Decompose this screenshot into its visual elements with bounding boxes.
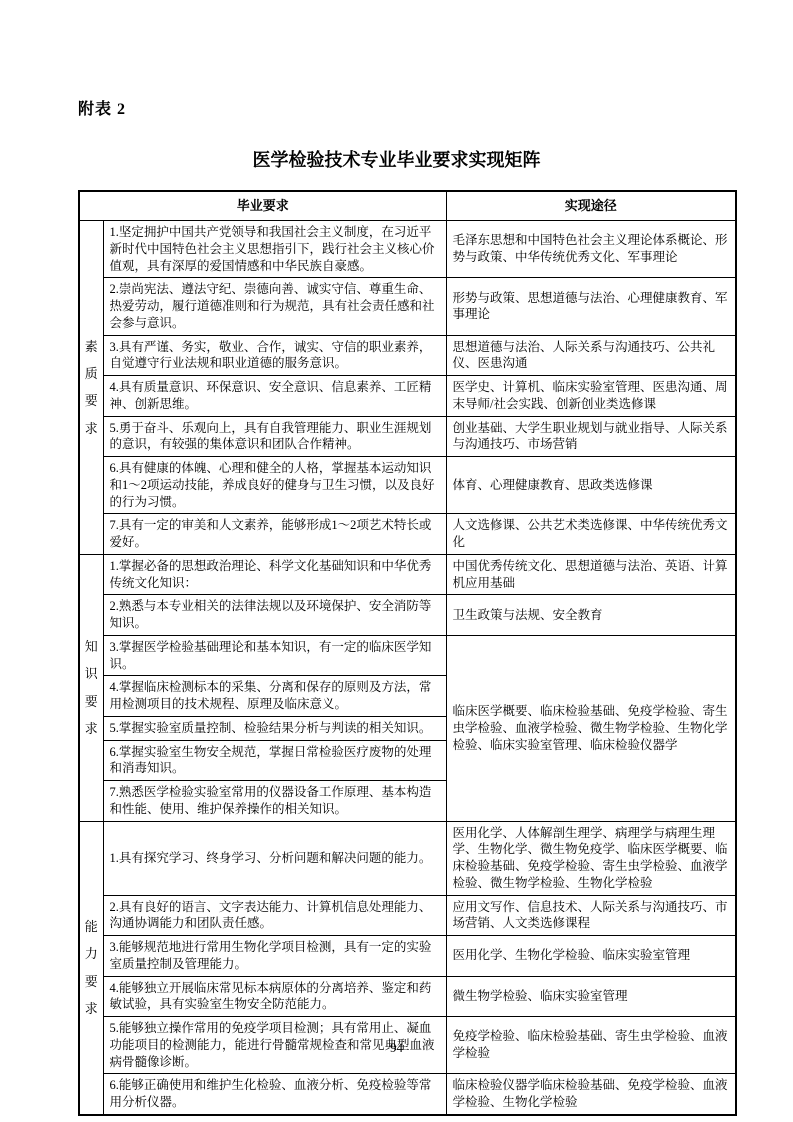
table-row: 2.具有良好的语言、文字表达能力、计算机信息处理能力、沟通协调能力和团队责任感。…	[79, 895, 736, 936]
table-row: 2.崇尚宪法、遵法守纪、崇德向善、诚实守信、尊重生命、热爱劳动，履行道德准则和行…	[79, 278, 736, 335]
table-row: 7.具有一定的审美和人文素养，能够形成1～2项艺术特长或爱好。 人文选修课、公共…	[79, 514, 736, 555]
requirement-cell: 7.熟悉医学检验实验室常用的仪器设备工作原理、基本构造和性能、使用、维护保养操作…	[103, 781, 446, 822]
section-label-ability: 能力要求	[79, 821, 103, 1115]
approach-cell-merged: 临床医学概要、临床检验基础、免疫学检验、寄生虫学检验、血液学检验、微生物学检验、…	[446, 635, 736, 821]
page-title: 医学检验技术专业毕业要求实现矩阵	[0, 146, 793, 172]
section-label-text: 能力要求	[84, 913, 98, 1022]
table-row: 3.掌握医学检验基础理论和基本知识，有一定的临床医学知识。 临床医学概要、临床检…	[79, 635, 736, 676]
approach-cell: 医用化学、人体解剖生理学、病理学与病理生理学、生物化学、微生物免疫学、临床医学概…	[446, 821, 736, 895]
requirement-cell: 3.能够规范地进行常用生物化学项目检测，具有一定的实验室质量控制及管理能力。	[103, 936, 446, 977]
table-row: 3.能够规范地进行常用生物化学项目检测，具有一定的实验室质量控制及管理能力。 医…	[79, 936, 736, 977]
requirement-cell: 6.具有健康的体魄、心理和健全的人格，掌握基本运动知识和1～2项运动技能，养成良…	[103, 457, 446, 514]
table-row: 4.具有质量意识、环保意识、安全意识、信息素养、工匠精神、创新思维。 医学史、计…	[79, 376, 736, 417]
section-label-text: 素质要求	[84, 333, 98, 442]
requirement-cell: 5.掌握实验室质量控制、检验结果分析与判读的相关知识。	[103, 716, 446, 740]
requirement-cell: 6.掌握实验室生物安全规范，掌握日常检验医疗废物的处理和消毒知识。	[103, 740, 446, 781]
approach-cell: 微生物学检验、临床实验室管理	[446, 976, 736, 1017]
table-row: 3.具有严谨、务实，敬业、合作，诚实、守信的职业素养，自觉遵守行业法规和职业道德…	[79, 335, 736, 376]
table-row: 6.具有健康的体魄、心理和健全的人格，掌握基本运动知识和1～2项运动技能，养成良…	[79, 457, 736, 514]
approach-cell: 人文选修课、公共艺术类选修课、中华传统优秀文化	[446, 514, 736, 555]
appendix-label: 附表 2	[78, 96, 126, 119]
approach-cell: 中国优秀传统文化、思想道德与法治、英语、计算机应用基础	[446, 554, 736, 595]
approach-cell: 卫生政策与法规、安全教育	[446, 595, 736, 636]
approach-cell: 临床检验仪器学临床检验基础、免疫学检验、血液学检验、生物化学检验	[446, 1074, 736, 1115]
requirements-matrix-table: 毕业要求 实现途径 素质要求 1.坚定拥护中国共产党领导和我国社会主义制度，在习…	[78, 190, 737, 1116]
requirement-cell: 3.具有严谨、务实，敬业、合作，诚实、守信的职业素养，自觉遵守行业法规和职业道德…	[103, 335, 446, 376]
section-label-knowledge: 知识要求	[79, 554, 103, 821]
requirement-cell: 6.能够正确使用和维护生化检验、血液分析、免疫检验等常用分析仪器。	[103, 1074, 446, 1115]
requirement-cell: 1.坚定拥护中国共产党领导和我国社会主义制度，在习近平新时代中国特色社会主义思想…	[103, 221, 446, 278]
table-row: 素质要求 1.坚定拥护中国共产党领导和我国社会主义制度，在习近平新时代中国特色社…	[79, 221, 736, 278]
requirement-cell: 4.掌握临床检测标本的采集、分离和保存的原则及方法，常用检测项目的技术规程、原理…	[103, 676, 446, 717]
table-row: 4.能够独立开展临床常见标本病原体的分离培养、鉴定和药敏试验，具有实验室生物安全…	[79, 976, 736, 1017]
requirement-cell: 2.熟悉与本专业相关的法律法规以及环境保护、安全消防等知识。	[103, 595, 446, 636]
requirement-cell: 3.掌握医学检验基础理论和基本知识，有一定的临床医学知识。	[103, 635, 446, 676]
requirement-cell: 4.能够独立开展临床常见标本病原体的分离培养、鉴定和药敏试验，具有实验室生物安全…	[103, 976, 446, 1017]
table-row: 6.能够正确使用和维护生化检验、血液分析、免疫检验等常用分析仪器。 临床检验仪器…	[79, 1074, 736, 1115]
approach-cell: 应用文写作、信息技术、人际关系与沟通技巧、市场营销、人文类选修课程	[446, 895, 736, 936]
document-page: 附表 2 医学检验技术专业毕业要求实现矩阵 毕业要求 实现途径 素质要求 1.坚…	[0, 0, 793, 1122]
table-row: 知识要求 1.掌握必备的思想政治理论、科学文化基础知识和中华优秀传统文化知识： …	[79, 554, 736, 595]
page-number: 94	[0, 1040, 793, 1056]
table-row: 2.熟悉与本专业相关的法律法规以及环境保护、安全消防等知识。 卫生政策与法规、安…	[79, 595, 736, 636]
section-label-text: 知识要求	[84, 633, 98, 742]
approach-cell: 医用化学、生物化学检验、临床实验室管理	[446, 936, 736, 977]
requirement-cell: 2.具有良好的语言、文字表达能力、计算机信息处理能力、沟通协调能力和团队责任感。	[103, 895, 446, 936]
header-implementation-approaches: 实现途径	[446, 191, 736, 221]
requirement-cell: 7.具有一定的审美和人文素养，能够形成1～2项艺术特长或爱好。	[103, 514, 446, 555]
approach-cell: 体育、心理健康教育、思政类选修课	[446, 457, 736, 514]
approach-cell: 医学史、计算机、临床实验室管理、医患沟通、周末导师/社会实践、创新创业类选修课	[446, 376, 736, 417]
requirement-cell: 4.具有质量意识、环保意识、安全意识、信息素养、工匠精神、创新思维。	[103, 376, 446, 417]
approach-cell: 毛泽东思想和中国特色社会主义理论体系概论、形势与政策、中华传统优秀文化、军事理论	[446, 221, 736, 278]
requirement-cell: 1.掌握必备的思想政治理论、科学文化基础知识和中华优秀传统文化知识：	[103, 554, 446, 595]
approach-cell: 形势与政策、思想道德与法治、心理健康教育、军事理论	[446, 278, 736, 335]
approach-cell: 创业基础、大学生职业规划与就业指导、人际关系与沟通技巧、市场营销	[446, 416, 736, 457]
requirement-cell: 2.崇尚宪法、遵法守纪、崇德向善、诚实守信、尊重生命、热爱劳动，履行道德准则和行…	[103, 278, 446, 335]
approach-cell: 思想道德与法治、人际关系与沟通技巧、公共礼仪、医患沟通	[446, 335, 736, 376]
table-row: 能力要求 1.具有探究学习、终身学习、分析问题和解决问题的能力。 医用化学、人体…	[79, 821, 736, 895]
header-graduation-requirements: 毕业要求	[79, 191, 446, 221]
requirement-cell: 5.勇于奋斗、乐观向上，具有自我管理能力、职业生涯规划的意识，有较强的集体意识和…	[103, 416, 446, 457]
table-header-row: 毕业要求 实现途径	[79, 191, 736, 221]
section-label-quality: 素质要求	[79, 221, 103, 555]
requirement-cell: 1.具有探究学习、终身学习、分析问题和解决问题的能力。	[103, 821, 446, 895]
table-row: 5.勇于奋斗、乐观向上，具有自我管理能力、职业生涯规划的意识，有较强的集体意识和…	[79, 416, 736, 457]
